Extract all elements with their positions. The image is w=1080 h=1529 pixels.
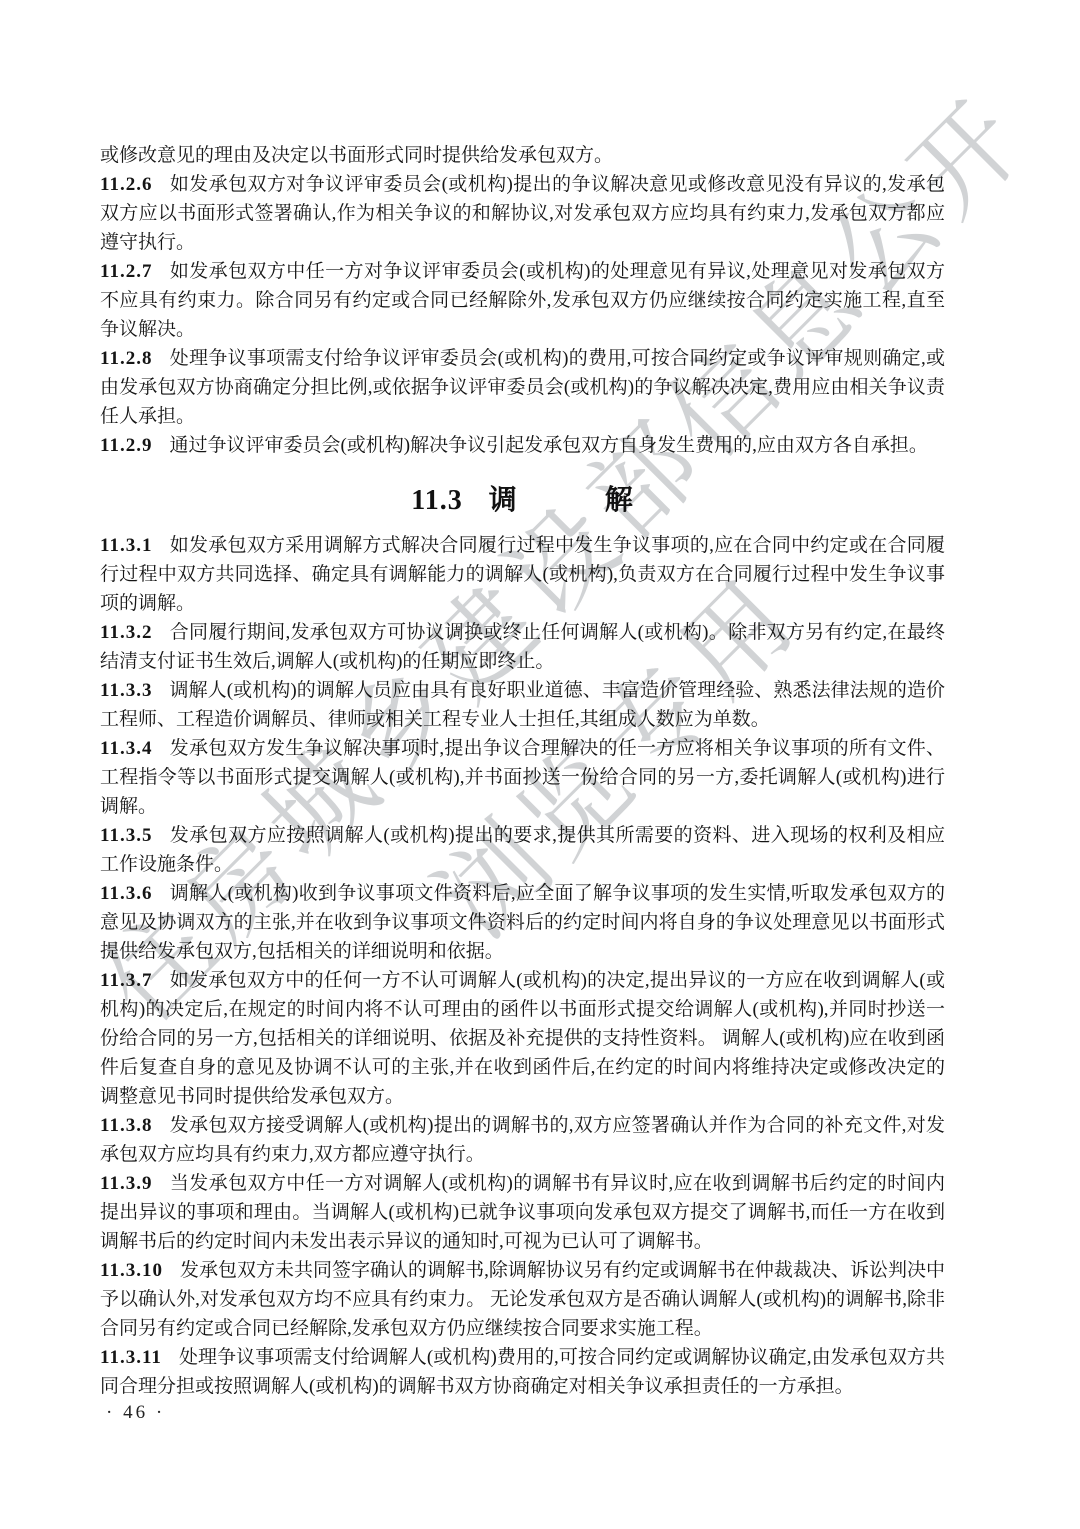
clause-11.3.3: 11.3.3调解人(或机构)的调解人员应由具有良好职业道德、丰富造价管理经验、熟… [100, 676, 945, 734]
clause-number: 11.3.1 [100, 535, 152, 556]
clause-11.3.4: 11.3.4发承包双方发生争议解决事项时,提出争议合理解决的任一方应将相关争议事… [100, 734, 945, 821]
clause-number: 11.3.6 [100, 883, 152, 904]
clause-number: 11.2.8 [100, 348, 152, 369]
clause-text: 当发承包双方中任一方对调解人(或机构)的调解书有异议时,应在收到调解书后约定的时… [100, 1173, 945, 1252]
clause-number: 11.3.5 [100, 825, 152, 846]
clause-text: 调解人(或机构)收到争议事项文件资料后,应全面了解争议事项的发生实情,听取发承包… [100, 883, 945, 962]
clause-text: 处理争议事项需支付给调解人(或机构)费用的,可按合同约定或调解协议确定,由发承包… [100, 1347, 945, 1397]
clause-11.3.7: 11.3.7如发承包双方中的任何一方不认可调解人(或机构)的决定,提出异议的一方… [100, 966, 945, 1111]
clause-text: 如发承包双方中任一方对争议评审委员会(或机构)的处理意见有异议,处理意见对发承包… [100, 261, 945, 340]
clause-text: 调解人(或机构)的调解人员应由具有良好职业道德、丰富造价管理经验、熟悉法律法规的… [100, 680, 945, 730]
clause-number: 11.3.7 [100, 970, 152, 991]
section-heading-number: 11.3 [411, 485, 462, 516]
document-body: 或修改意见的理由及决定以书面形式同时提供给发承包双方。11.2.6如发承包双方对… [100, 141, 945, 1401]
clause-number: 11.3.11 [100, 1347, 162, 1368]
clause-11.3.8: 11.3.8发承包双方接受调解人(或机构)提出的调解书的,双方应签署确认并作为合… [100, 1111, 945, 1169]
clause-number: 11.2.6 [100, 174, 152, 195]
page-number: · 46 · [106, 1402, 165, 1424]
clause-text: 通过争议评审委员会(或机构)解决争议引起发承包双方自身发生费用的,应由双方各自承… [169, 435, 927, 456]
clause-11.3.6: 11.3.6调解人(或机构)收到争议事项文件资料后,应全面了解争议事项的发生实情… [100, 879, 945, 966]
clause-11.3.2: 11.3.2合同履行期间,发承包双方可协议调换或终止任何调解人(或机构)。除非双… [100, 618, 945, 676]
clause-11.2.9: 11.2.9通过争议评审委员会(或机构)解决争议引起发承包双方自身发生费用的,应… [100, 431, 945, 460]
clause-number: 11.2.7 [100, 261, 152, 282]
clause-text: 如发承包双方对争议评审委员会(或机构)提出的争议解决意见或修改意见没有异议的,发… [100, 174, 945, 253]
clause-text: 如发承包双方采用调解方式解决合同履行过程中发生争议事项的,应在合同中约定或在合同… [100, 535, 945, 614]
clause-text: 发承包双方未共同签字确认的调解书,除调解协议另有约定或调解书在仲裁裁决、诉讼判决… [100, 1260, 945, 1339]
clause-11.2.8: 11.2.8处理争议事项需支付给争议评审委员会(或机构)的费用,可按合同约定或争… [100, 344, 945, 431]
clause-text: 发承包双方发生争议解决事项时,提出争议合理解决的任一方应将相关争议事项的所有文件… [100, 738, 945, 817]
clause-11.3.5: 11.3.5发承包双方应按照调解人(或机构)提出的要求,提供其所需要的资料、进入… [100, 821, 945, 879]
clause-text: 或修改意见的理由及决定以书面形式同时提供给发承包双方。 [100, 145, 613, 166]
clause-text: 发承包双方应按照调解人(或机构)提出的要求,提供其所需要的资料、进入现场的权利及… [100, 825, 945, 875]
clause-text: 发承包双方接受调解人(或机构)提出的调解书的,双方应签署确认并作为合同的补充文件… [100, 1115, 945, 1165]
clause-number: 11.3.4 [100, 738, 152, 759]
clause-11.2.7: 11.2.7如发承包双方中任一方对争议评审委员会(或机构)的处理意见有异议,处理… [100, 257, 945, 344]
section-heading-title: 调 解 [489, 485, 634, 516]
section-heading-11.3: 11.3调 解 [100, 486, 945, 515]
clause-text: 合同履行期间,发承包双方可协议调换或终止任何调解人(或机构)。除非双方另有约定,… [100, 622, 945, 672]
clause-number: 11.3.10 [100, 1260, 163, 1281]
clause-text: 如发承包双方中的任何一方不认可调解人(或机构)的决定,提出异议的一方应在收到调解… [100, 970, 945, 1107]
clause-11.3.11: 11.3.11处理争议事项需支付给调解人(或机构)费用的,可按合同约定或调解协议… [100, 1343, 945, 1401]
clause-11.3.1: 11.3.1如发承包双方采用调解方式解决合同履行过程中发生争议事项的,应在合同中… [100, 531, 945, 618]
clause-number: 11.3.2 [100, 622, 152, 643]
continuation-paragraph: 或修改意见的理由及决定以书面形式同时提供给发承包双方。 [100, 141, 945, 170]
clause-number: 11.3.9 [100, 1173, 152, 1194]
clause-11.3.9: 11.3.9当发承包双方中任一方对调解人(或机构)的调解书有异议时,应在收到调解… [100, 1169, 945, 1256]
clause-11.2.6: 11.2.6如发承包双方对争议评审委员会(或机构)提出的争议解决意见或修改意见没… [100, 170, 945, 257]
document-page: 住房城乡建设部信息公开 浏览专用 或修改意见的理由及决定以书面形式同时提供给发承… [0, 0, 1080, 1529]
clause-number: 11.3.3 [100, 680, 152, 701]
clause-11.3.10: 11.3.10发承包双方未共同签字确认的调解书,除调解协议另有约定或调解书在仲裁… [100, 1256, 945, 1343]
clause-number: 11.2.9 [100, 435, 152, 456]
clause-number: 11.3.8 [100, 1115, 152, 1136]
clause-text: 处理争议事项需支付给争议评审委员会(或机构)的费用,可按合同约定或争议评审规则确… [100, 348, 945, 427]
